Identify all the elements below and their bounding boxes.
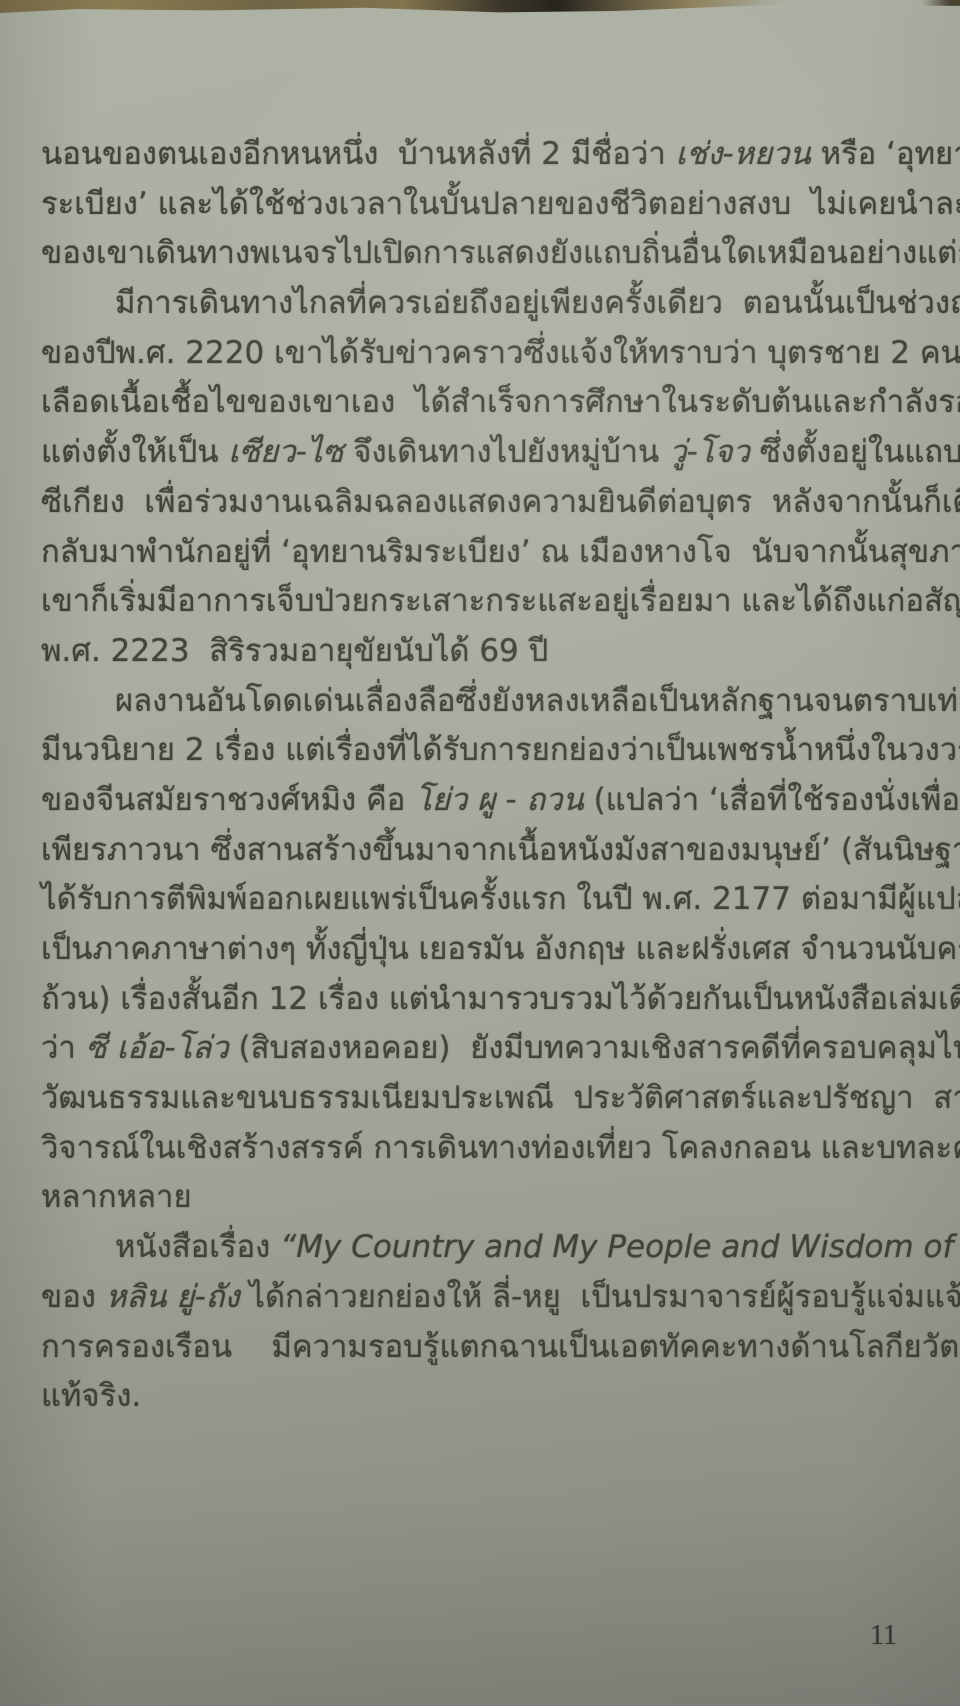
text-line: หนังสือเรื่อง “My Country and My People … xyxy=(41,1223,933,1273)
italic-text-segment: เซียว-ไซ xyxy=(228,434,343,470)
text-segment: มีการเดินทางไกลที่ควรเอ่ยถึงอยู่เพียงครั… xyxy=(115,285,960,321)
text-line: พ.ศ. 2223 สิริรวมอายุขัยนับได้ 69 ปี xyxy=(41,627,933,677)
text-segment: ผลงานอันโดดเด่นเลื่องลือซึ่งยังหลงเหลือเ… xyxy=(115,683,960,719)
text-segment: ของเขาเดินทางพเนจรไปเปิดการแสดงยังแถบถิ่… xyxy=(41,235,960,271)
text-line: การครองเรือน มีความรอบรู้แตกฉานเป็นเอตทั… xyxy=(41,1323,933,1373)
text-segment: นอนของตนเองอีกหนหนึ่ง บ้านหลังที่ 2 มีชื… xyxy=(41,136,676,172)
text-line: วัฒนธรรมและขนบธรรมเนียมประเพณี ประวัติศา… xyxy=(41,1074,933,1124)
text-segment: เลือดเนื้อเชื้อไขของเขาเอง ได้สำเร็จการศ… xyxy=(41,384,960,420)
text-segment: ของปีพ.ศ. 2220 เขาได้รับข่าวคราวซึ่งแจ้ง… xyxy=(41,335,960,371)
text-segment: แท้จริง. xyxy=(41,1378,141,1414)
text-segment: ว่า xyxy=(41,1030,86,1066)
text-segment: ซีเกียง เพื่อร่วมงานเฉลิมฉลองแสดงความยิน… xyxy=(41,484,960,520)
text-segment: ได้รับการตีพิมพ์ออกเผยแพร่เป็นครั้งแรก ใ… xyxy=(41,881,960,917)
book-page-photo: นอนของตนเองอีกหนหนึ่ง บ้านหลังที่ 2 มีชื… xyxy=(0,0,960,1706)
text-segment: ถ้วน) เรื่องสั้นอีก 12 เรื่อง แต่นำมารวบ… xyxy=(41,981,960,1017)
text-line: วิจารณ์ในเชิงสร้างสรรค์ การเดินทางท่องเท… xyxy=(41,1124,933,1174)
text-segment: จึงเดินทางไปยังหมู่บ้าน xyxy=(343,434,669,470)
text-line: กลับมาพำนักอยู่ที่ ‘อุทยานริมระเบียง’ ณ … xyxy=(41,528,933,578)
text-line: ว่า ซี เอ้อ-โล่ว (สิบสองหอคอย) ยังมีบทคว… xyxy=(41,1024,933,1074)
italic-text-segment: หลิน ยู่-ถัง xyxy=(106,1279,240,1315)
text-block: นอนของตนเองอีกหนหนึ่ง บ้านหลังที่ 2 มีชื… xyxy=(41,130,933,1422)
text-segment: พ.ศ. 2223 สิริรวมอายุขัยนับได้ 69 ปี xyxy=(41,633,548,669)
text-segment: ของ xyxy=(41,1279,106,1315)
text-segment: ซึ่งตั้งอยู่ในแถบมณฑล xyxy=(750,434,960,470)
italic-text-segment: ซี เอ้อ-โล่ว xyxy=(86,1030,229,1066)
text-segment: เพียรภาวนา ซึ่งสานสร้างขึ้นมาจากเนื้อหนั… xyxy=(41,832,960,868)
text-line: แต่งตั้งให้เป็น เซียว-ไซ จึงเดินทางไปยัง… xyxy=(41,428,933,478)
text-segment: วัฒนธรรมและขนบธรรมเนียมประเพณี ประวัติศา… xyxy=(41,1080,960,1116)
text-line: เลือดเนื้อเชื้อไขของเขาเอง ได้สำเร็จการศ… xyxy=(41,378,933,428)
italic-text-segment: เช่ง-หยวน xyxy=(676,136,811,172)
text-segment: เขาก็เริ่มมีอาการเจ็บป่วยกระเสาะกระแสะอย… xyxy=(41,583,960,619)
text-line: เขาก็เริ่มมีอาการเจ็บป่วยกระเสาะกระแสะอย… xyxy=(41,577,933,627)
text-line: ของปีพ.ศ. 2220 เขาได้รับข่าวคราวซึ่งแจ้ง… xyxy=(41,329,933,379)
italic-text-segment: วู่-โจว xyxy=(669,434,750,470)
text-line: ได้รับการตีพิมพ์ออกเผยแพร่เป็นครั้งแรก ใ… xyxy=(41,875,933,925)
text-line: นอนของตนเองอีกหนหนึ่ง บ้านหลังที่ 2 มีชื… xyxy=(41,130,933,180)
text-line: ระเบียง’ และได้ใช้ช่วงเวลาในบั้นปลายของช… xyxy=(41,180,933,230)
text-segment: ระเบียง’ และได้ใช้ช่วงเวลาในบั้นปลายของช… xyxy=(41,186,960,222)
text-line: แท้จริง. xyxy=(41,1372,933,1422)
text-segment: (สิบสองหอคอย) ยังมีบทความเชิงสารคดีที่คร… xyxy=(229,1030,960,1066)
italic-text-segment: โย่ว ผู - ถวน xyxy=(415,782,584,818)
text-segment: หนังสือเรื่อง xyxy=(115,1229,280,1265)
text-line: หลากหลาย xyxy=(41,1173,933,1223)
text-line: ของเขาเดินทางพเนจรไปเปิดการแสดงยังแถบถิ่… xyxy=(41,229,933,279)
text-segment: ได้กล่าวยกย่องให้ ลี่-หยู เป็นปรมาจารย์ผ… xyxy=(240,1279,960,1315)
text-line: ผลงานอันโดดเด่นเลื่องลือซึ่งยังหลงเหลือเ… xyxy=(41,677,933,727)
text-segment: วิจารณ์ในเชิงสร้างสรรค์ การเดินทางท่องเท… xyxy=(41,1130,960,1166)
text-segment: หรือ ‘อุทยานริม xyxy=(811,136,960,172)
text-segment: เป็นภาคภาษาต่างๆ ทั้งญี่ปุ่น เยอรมัน อัง… xyxy=(41,931,960,967)
italic-text-segment: “My Country and My People and Wisdom of … xyxy=(280,1229,960,1265)
text-segment: หลากหลาย xyxy=(41,1179,192,1215)
text-segment: การครองเรือน มีความรอบรู้แตกฉานเป็นเอตทั… xyxy=(41,1329,960,1365)
text-segment: (แปลว่า ‘เสื่อที่ใช้รองนั่งเพื่อบำเพ็ญ xyxy=(584,782,960,818)
text-line: มีนวนิยาย 2 เรื่อง แต่เรื่องที่ได้รับการ… xyxy=(41,726,933,776)
page-number: 11 xyxy=(870,1620,897,1652)
text-line: ถ้วน) เรื่องสั้นอีก 12 เรื่อง แต่นำมารวบ… xyxy=(41,975,933,1025)
text-line: เป็นภาคภาษาต่างๆ ทั้งญี่ปุ่น เยอรมัน อัง… xyxy=(41,925,933,975)
text-line: ซีเกียง เพื่อร่วมงานเฉลิมฉลองแสดงความยิน… xyxy=(41,478,933,528)
text-line: ของ หลิน ยู่-ถัง ได้กล่าวยกย่องให้ ลี่-ห… xyxy=(41,1273,933,1323)
text-line: มีการเดินทางไกลที่ควรเอ่ยถึงอยู่เพียงครั… xyxy=(41,279,933,329)
page-top-edge xyxy=(0,0,960,13)
text-line: เพียรภาวนา ซึ่งสานสร้างขึ้นมาจากเนื้อหนั… xyxy=(41,826,933,876)
text-segment: แต่งตั้งให้เป็น xyxy=(41,434,228,470)
text-line: ของจีนสมัยราชวงศ์หมิง คือ โย่ว ผู - ถวน … xyxy=(41,776,933,826)
text-segment: มีนวนิยาย 2 เรื่อง แต่เรื่องที่ได้รับการ… xyxy=(41,732,960,768)
text-segment: ของจีนสมัยราชวงศ์หมิง คือ xyxy=(41,782,415,818)
text-segment: กลับมาพำนักอยู่ที่ ‘อุทยานริมระเบียง’ ณ … xyxy=(41,534,960,570)
